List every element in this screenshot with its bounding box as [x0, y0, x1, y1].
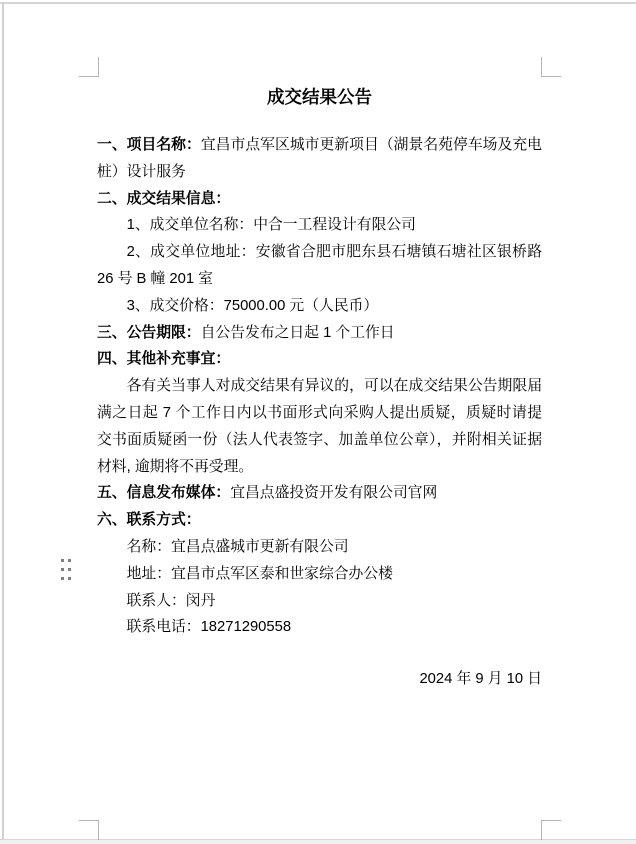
paragraph-text: 2、成交单位地址：安徽省合肥市肥东县石塘镇石塘社区银桥路 26 号 B 幢 20… — [97, 244, 542, 287]
paragraph-winner-address: 2、成交单位地址：安徽省合肥市肥东县石塘镇石塘社区银桥路 26 号 B 幢 20… — [97, 239, 542, 293]
paragraph-contact-name: 名称：宜昌点盛城市更新有限公司 — [97, 534, 542, 561]
grip-dot — [61, 568, 64, 571]
paragraph-objection-procedure: 各有关当事人对成交结果有异议的，可以在成交结果公告期限届满之日起 7 个工作日内… — [97, 373, 542, 480]
heading-label: 一、项目名称： — [97, 137, 201, 153]
paragraph-text: 地址：宜昌市点军区泰和世家综合办公楼 — [127, 566, 393, 582]
grip-dot — [68, 568, 71, 571]
page-border-left — [2, 2, 4, 840]
grip-dot — [68, 577, 71, 580]
paragraph-result-info-heading: 二、成交结果信息： — [97, 186, 542, 213]
paragraph-contact-person: 联系人：闵丹 — [97, 588, 542, 615]
paragraph-text: 1、成交单位名称：中合一工程设计有限公司 — [127, 217, 416, 233]
heading-label: 五、信息发布媒体： — [97, 485, 230, 501]
paragraph-text: 联系人：闵丹 — [127, 593, 216, 609]
paragraph-text: 3、成交价格：75000.00 元（人民币） — [127, 298, 379, 314]
paragraph-text: 各有关当事人对成交结果有异议的，可以在成交结果公告期限届满之日起 7 个工作日内… — [97, 378, 542, 474]
heading-label: 二、成交结果信息： — [97, 191, 230, 207]
paragraph-notice-period: 三、公告期限：自公告发布之日起 1 个工作日 — [97, 320, 542, 347]
document-date: 2024 年 9 月 10 日 — [97, 666, 542, 693]
paragraph-text: 联系电话：18271290558 — [127, 619, 292, 635]
document-page: 成交结果公告 一、项目名称：宜昌市点军区城市更新项目（湖景名苑停车场及充电桩）设… — [0, 0, 636, 844]
paragraph-text: 名称：宜昌点盛城市更新有限公司 — [127, 539, 349, 555]
paragraph-publish-media: 五、信息发布媒体：宜昌点盛投资开发有限公司官网 — [97, 480, 542, 507]
crop-mark-bottom-right — [541, 820, 561, 840]
paragraph-drag-handle-icon[interactable] — [61, 559, 71, 580]
paragraph-text: 宜昌点盛投资开发有限公司官网 — [230, 485, 437, 501]
crop-mark-top-right — [541, 57, 561, 77]
paragraph-contact-heading: 六、联系方式： — [97, 507, 542, 534]
crop-mark-bottom-left — [79, 820, 99, 840]
paragraph-text: 自公告发布之日起 1 个工作日 — [201, 325, 395, 341]
paragraph-contact-address: 地址：宜昌市点军区泰和世家综合办公楼 — [97, 561, 542, 588]
heading-label: 四、其他补充事宜： — [97, 351, 230, 367]
page-border-top — [0, 2, 636, 4]
document-body[interactable]: 成交结果公告 一、项目名称：宜昌市点军区城市更新项目（湖景名苑停车场及充电桩）设… — [97, 84, 542, 693]
grip-dot — [61, 559, 64, 562]
paragraph-winner-name: 1、成交单位名称：中合一工程设计有限公司 — [97, 212, 542, 239]
grip-dot — [68, 559, 71, 562]
paragraph-contact-phone: 联系电话：18271290558 — [97, 614, 542, 641]
paragraph-deal-price: 3、成交价格：75000.00 元（人民币） — [97, 293, 542, 320]
heading-label: 六、联系方式： — [97, 512, 201, 528]
document-title: 成交结果公告 — [97, 84, 542, 110]
paragraph-project-name: 一、项目名称：宜昌市点军区城市更新项目（湖景名苑停车场及充电桩）设计服务 — [97, 132, 542, 186]
crop-mark-top-left — [79, 57, 99, 77]
grip-dot — [61, 577, 64, 580]
paragraph-other-matters-heading: 四、其他补充事宜： — [97, 346, 542, 373]
page-outside-bottom — [0, 840, 636, 844]
heading-label: 三、公告期限： — [97, 325, 201, 341]
